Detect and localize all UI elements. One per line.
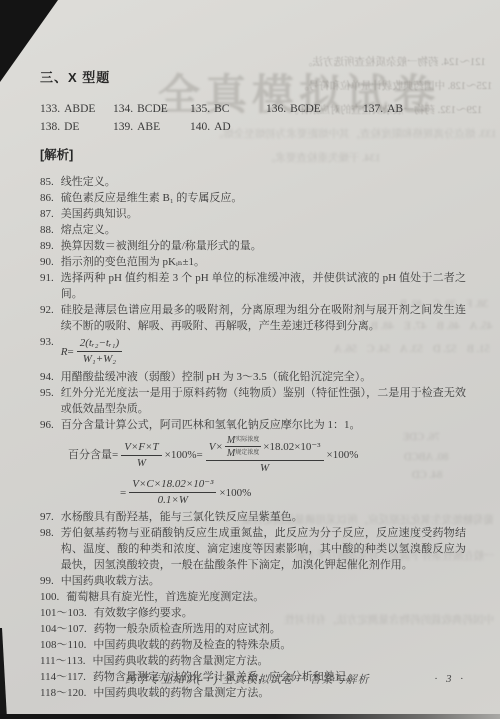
item-number: 93. (40, 334, 54, 369)
item-text: 红外分光光度法一是用于原料药物（纯物质）鉴别（特征性强），二是用于检查无效或低效… (61, 385, 466, 417)
answer-number: 135. (190, 103, 210, 115)
item-text: 硅胶是薄层色谱应用最多的吸附剂，分离原理为组分在吸附剂与展开剂之间发生连续不断的… (61, 302, 466, 334)
answer-number: 133. (40, 103, 60, 115)
explanation-item-formula: 93. R = 2(tᵣ₂−tᵣ₁) W₁+W₂ (40, 334, 466, 369)
item-number: 88. (40, 222, 54, 238)
explanation-item: 88.熔点定义。 (40, 222, 466, 238)
item-number: 111～113. (40, 653, 86, 669)
item-number: 108～110. (40, 637, 86, 653)
answer-cell: 139.ABE (113, 118, 190, 136)
item-text: 中国药典收载的药物含量测定方法。 (93, 685, 466, 701)
explanation-item: 87.美国药典知识。 (40, 206, 466, 222)
item-text: 选择两种 pH 值约相差 3 个 pH 单位的标准缓冲液，并使供试液的 pH 值… (61, 270, 466, 302)
item-text: 换算因数＝被测组分的量/称量形式的量。 (61, 238, 466, 254)
answer-letters: AD (214, 121, 231, 133)
item-number: 92. (40, 302, 54, 334)
answer-cell: 138.DE (40, 118, 113, 136)
item-text: 指示剂的变色范围为 pKᵢₙ±1。 (61, 254, 466, 270)
answer-number: 136. (266, 103, 286, 115)
formula-line-1: 百分含量 = V×F×T W ×100% = V× M实际浓度 M规定浓度 ×1 (68, 435, 466, 475)
item-number: 90. (40, 254, 54, 270)
answer-key: 133.ABDE 134.BCDE 135.BC 136.BCDE 137.AB… (40, 100, 466, 136)
explanation-item: 95.红外分光光度法一是用于原料药物（纯物质）鉴别（特征性强），二是用于检查无效… (40, 385, 466, 417)
scan-edge-bottom-artifact (0, 714, 500, 719)
item-number: 101～103. (40, 605, 87, 621)
answer-number: 140. (190, 121, 210, 133)
formula-lhs: 百分含量 (68, 448, 112, 462)
resolution-formula: R = 2(tᵣ₂−tᵣ₁) W₁+W₂ (61, 337, 466, 366)
fraction: 2(tᵣ₂−tᵣ₁) W₁+W₂ (77, 337, 122, 366)
answer-letters: ABE (137, 121, 160, 133)
answer-number: 138. (40, 121, 60, 133)
explanation-item: 101～103.有效数字修约要求。 (40, 605, 466, 621)
item-text: 百分含量计算公式，阿司匹林和氢氧化钠反应摩尔比为 1：1。 (61, 417, 466, 433)
answer-cell: 135.BC (190, 100, 266, 118)
footer-title: 药学专业知识(一)·全真模拟试卷一·答案与解析 (40, 671, 425, 687)
answer-letters: AB (387, 103, 403, 115)
explanation-item: 97.水杨酸具有酚羟基，能与三氯化铁反应呈紫堇色。 (40, 509, 466, 525)
explanation-item: 111～113.中国药典收载的药物含量测定方法。 (40, 653, 466, 669)
page-footer: 药学专业知识(一)·全真模拟试卷一·答案与解析 · 3 · (40, 671, 466, 687)
item-number: 86. (40, 190, 54, 206)
molar-ratio-fraction: M实际浓度 M规定浓度 (225, 435, 261, 459)
explanation-item: 86.硫色素反应是维生素 B₁ 的专属反应。 (40, 190, 466, 206)
item-text: 中国药典收载的药物及检查的特殊杂质。 (93, 637, 466, 653)
item-number: 118～120. (40, 685, 86, 701)
item-text: 有效数字修约要求。 (94, 605, 466, 621)
answer-cell: 136.BCDE (266, 100, 363, 118)
explanation-item: 96.百分含量计算公式，阿司匹林和氢氧化钠反应摩尔比为 1：1。 (40, 417, 466, 433)
section-heading: 三、X 型题 (40, 70, 466, 86)
analysis-heading: [解析] (40, 147, 466, 163)
explanation-item: 91.选择两种 pH 值约相差 3 个 pH 单位的标准缓冲液，并使供试液的 p… (40, 270, 466, 302)
formula-line-2: = V×C×18.02×10⁻³ 0.1×W ×100% (120, 478, 466, 507)
answer-cell: 134.BCDE (113, 100, 190, 118)
answer-letters: DE (64, 121, 79, 133)
explanation-item: 108～110.中国药典收载的药物及检查的特殊杂质。 (40, 637, 466, 653)
explanation-item: 100.葡萄糖具有旋光性，首选旋光度测定法。 (40, 589, 466, 605)
item-number: 85. (40, 174, 54, 190)
item-text: 熔点定义。 (61, 222, 466, 238)
scan-edge-left-artifact (0, 628, 7, 719)
fraction: V×F×T W (121, 441, 161, 470)
item-number: 94. (40, 369, 54, 385)
item-number: 99. (40, 573, 54, 589)
fraction-numerator: 2(tᵣ₂−tᵣ₁) (77, 337, 122, 352)
item-text: 水杨酸具有酚羟基，能与三氯化铁反应呈紫堇色。 (61, 509, 466, 525)
answer-cell: 137.AB (363, 100, 466, 118)
item-number: 96. (40, 417, 54, 433)
item-text: 药物一般杂质检查所选用的对应试剂。 (94, 621, 466, 637)
answer-cell: 133.ABDE (40, 100, 113, 118)
answer-number: 137. (363, 103, 383, 115)
fraction-denominator: W₁+W₂ (83, 352, 116, 366)
explanation-item: 98.芳伯氨基药物与亚硝酸钠反应生成重氮盐，此反应为分子反应，反应速度受药物结构… (40, 525, 466, 573)
item-text: 中国药典收载方法。 (61, 573, 466, 589)
answer-letters: BCDE (290, 103, 321, 115)
item-number: 95. (40, 385, 54, 417)
explanation-item: 85.线性定义。 (40, 174, 466, 190)
answer-letters: ABDE (64, 103, 95, 115)
item-text: 美国药典知识。 (61, 206, 466, 222)
item-number: 98. (40, 525, 54, 573)
item-number: 87. (40, 206, 54, 222)
item-text: 线性定义。 (61, 174, 466, 190)
item-number: 91. (40, 270, 54, 302)
item-number: 89. (40, 238, 54, 254)
explanation-item: 89.换算因数＝被测组分的量/称量形式的量。 (40, 238, 466, 254)
answer-letters: BC (214, 103, 229, 115)
explanation-item: 92.硅胶是薄层色谱应用最多的吸附剂，分离原理为组分在吸附剂与展开剂之间发生连续… (40, 302, 466, 334)
page-content: 三、X 型题 133.ABDE 134.BCDE 135.BC 136.BCDE… (40, 64, 466, 701)
percent-content-formula: 百分含量 = V×F×T W ×100% = V× M实际浓度 M规定浓度 ×1 (68, 435, 466, 507)
page-number: · 3 · (435, 673, 467, 685)
item-number: 100. (40, 589, 59, 605)
explanation-item: 94.用醋酸盐缓冲液（弱酸）控制 pH 为 3～3.5（硫化铅沉淀完全）。 (40, 369, 466, 385)
item-text: 芳伯氨基药物与亚硝酸钠反应生成重氮盐，此反应为分子反应，反应速度受药物结构、温度… (61, 525, 466, 573)
item-text: 用醋酸盐缓冲液（弱酸）控制 pH 为 3～3.5（硫化铅沉淀完全）。 (61, 369, 466, 385)
answer-number: 139. (113, 121, 133, 133)
fraction: V×C×18.02×10⁻³ 0.1×W (129, 478, 216, 507)
item-number: 104～107. (40, 621, 87, 637)
item-number: 97. (40, 509, 54, 525)
answer-cell: 140.AD (190, 118, 266, 136)
fraction: V× M实际浓度 M规定浓度 ×18.02×10⁻³ W (206, 435, 324, 475)
explanation-item: 118～120.中国药典收载的药物含量测定方法。 (40, 685, 466, 701)
item-text: 硫色素反应是维生素 B₁ 的专属反应。 (61, 190, 466, 206)
item-text: 葡萄糖具有旋光性，首选旋光度测定法。 (66, 589, 466, 605)
item-text: 中国药典收载的药物含量测定方法。 (93, 653, 466, 669)
explanation-item: 90.指示剂的变色范围为 pKᵢₙ±1。 (40, 254, 466, 270)
answer-number: 134. (113, 103, 133, 115)
answer-letters: BCDE (137, 103, 168, 115)
explanation-item: 99.中国药典收载方法。 (40, 573, 466, 589)
scanned-page: 全真模拟试卷 121～124. 药物一般杂质检查所选方法。 125～128. 中… (0, 0, 500, 719)
explanation-item: 104～107.药物一般杂质检查所选用的对应试剂。 (40, 621, 466, 637)
